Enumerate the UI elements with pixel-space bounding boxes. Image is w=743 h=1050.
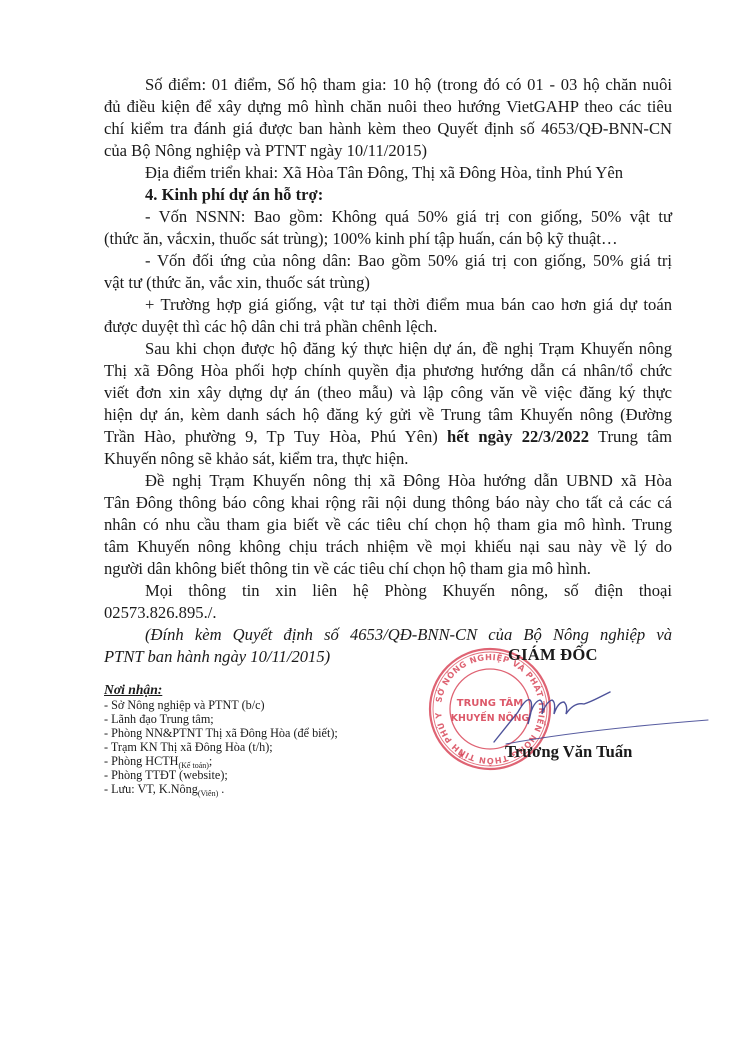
recipient-item: - Sở Nông nghiệp và PTNT (b/c) [104,699,265,712]
section-heading: 4. Kinh phí dự án hỗ trợ: [145,184,672,206]
body-line: người dân không biết thông tin về các ti… [104,558,672,580]
body-line: tâm Khuyến nông không chịu trách nhiệm v… [104,536,672,558]
recipient-item: - Lưu: VT, K.Nông(Viên) . [104,783,224,800]
body-line: (thức ăn, vắcxin, thuốc sát trùng); 100%… [104,228,672,250]
recipient-item: - Trạm KN Thị xã Đông Hòa (t/h); [104,741,273,754]
body-line: chí kiểm tra đánh giá được ban hành kèm … [104,118,672,140]
body-line: vật tư (thức ăn, vắc xin, thuốc sát trùn… [104,272,672,294]
recipient-item: - Phòng NN&PTNT Thị xã Đông Hòa (để biết… [104,727,338,740]
body-text: Trung tâm [598,427,672,446]
phone-number: 02573.826.895./. [104,602,672,624]
body-line: viết đơn xin xây dựng dự án (theo mẫu) v… [104,382,672,404]
location-line: Địa điểm triển khai: Xã Hòa Tân Đông, Th… [145,162,672,184]
body-line: được duyệt thì các hộ dân chi trả phần c… [104,316,672,338]
document-page: Số điểm: 01 điểm, Số hộ tham gia: 10 hộ … [0,0,743,1050]
body-line: của Bộ Nông nghiệp và PTNT ngày 10/11/20… [104,140,672,162]
body-line-with-deadline: Trần Hào, phường 9, Tp Tuy Hòa, Phú Yên)… [104,426,672,448]
recipients-title: Nơi nhận: [104,683,162,696]
body-line: đủ điều kiện để xây dựng mô hình chăn nu… [104,96,672,118]
body-text: Trần Hào, phường 9, Tp Tuy Hòa, Phú Yên) [104,427,438,446]
deadline-text: hết ngày 22/3/2022 [447,427,589,446]
signer-name: Trương Văn Tuấn [505,742,632,762]
contact-line: Mọi thông tin xin liên hệ Phòng Khuyến n… [145,580,672,602]
body-line: Số điểm: 01 điểm, Số hộ tham gia: 10 hộ … [145,74,672,96]
svg-text:★: ★ [457,750,465,760]
body-line: Khuyến nông sẽ khảo sát, kiểm tra, thực … [104,448,672,470]
handwritten-signature-icon [470,672,710,752]
body-line: Đề nghị Trạm Khuyến nông thị xã Đông Hòa… [145,470,672,492]
signer-title: GIÁM ĐỐC [508,645,598,665]
body-line: Tân Đông thông báo công khai rộng rãi nộ… [104,492,672,514]
body-line: + Trường hợp giá giống, vật tư tại thời … [145,294,672,316]
body-line: nhân có nhu cầu tham gia biết về các tiê… [104,514,672,536]
body-line: - Vốn NSNN: Bao gồm: Không quá 50% giá t… [145,206,672,228]
recipient-item: - Phòng TTĐT (website); [104,769,228,782]
recipient-item: - Lãnh đạo Trung tâm; [104,713,214,726]
body-line: Thị xã Đông Hòa phối hợp chính quyền địa… [104,360,672,382]
attachment-note: (Đính kèm Quyết định số 4653/QĐ-BNN-CN c… [145,624,672,646]
body-line: - Vốn đối ứng của nông dân: Bao gồm 50% … [145,250,672,272]
body-line: Sau khi chọn được hộ đăng ký thực hiện d… [145,338,672,360]
body-line: hiện dự án, kèm danh sách hộ đăng ký gửi… [104,404,672,426]
